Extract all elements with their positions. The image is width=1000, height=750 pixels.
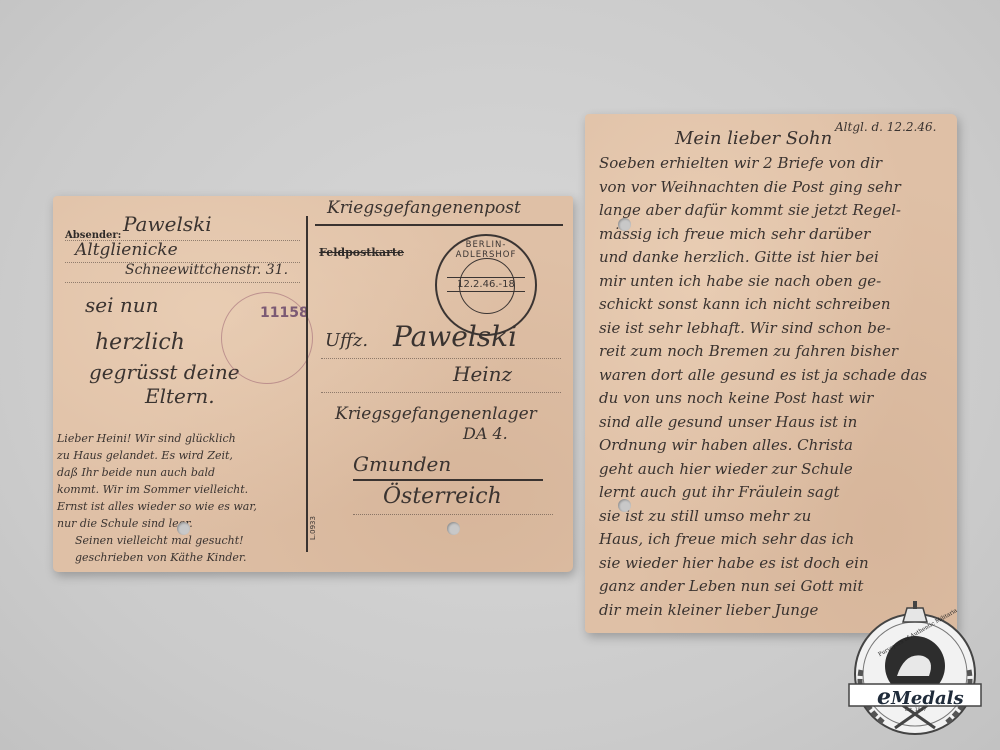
letter-line: mir unten ich habe sie nach oben ge-	[599, 272, 881, 290]
letter-line: sie ist zu still umso mehr zu	[599, 507, 811, 525]
postmark-date: 12.2.46.-18	[447, 277, 525, 292]
recipient-rank: Uffz.	[325, 330, 368, 351]
letter-line: du von uns noch keine Post hast wir	[599, 389, 873, 407]
greeting-line-2: herzlich	[95, 330, 185, 355]
sender-address-line-2: Schneewittchenstr. 31.	[125, 262, 288, 278]
letter-line: reit zum noch Bremen zu fahren bisher	[599, 342, 898, 360]
front-message-line: Seinen vielleicht mal gesucht!	[75, 534, 244, 547]
front-message-line: geschrieben von Käthe Kinder.	[75, 551, 246, 564]
letter-line: mässig ich freue mich sehr darüber	[599, 225, 870, 243]
letter-dateline: Altgl. d. 12.2.46.	[835, 120, 936, 134]
punch-hole	[618, 218, 631, 231]
letter-line: sie ist sehr lebhaft. Wir sind schon be-	[599, 319, 891, 337]
front-message-line: nur die Schule sind leer.	[57, 517, 193, 530]
greeting-line-1: sei nun	[85, 293, 159, 317]
print-code: L.0933	[309, 516, 317, 540]
recipient-town: Gmunden	[353, 452, 451, 476]
letter-line: schickt sonst kann ich nicht schreiben	[599, 295, 891, 313]
greeting-line-4: Eltern.	[145, 384, 215, 408]
recipient-line	[353, 514, 553, 515]
kriegsgefangenenpost-heading: Kriegsgefangenenpost	[327, 198, 521, 218]
emedals-established: Est. 1997	[905, 708, 926, 713]
recipient-name: Pawelski	[393, 320, 517, 353]
sender-name: Pawelski	[123, 212, 212, 236]
address-line	[65, 282, 300, 283]
letter-line: lange aber dafür kommt sie jetzt Regel-	[599, 201, 901, 219]
postcard-back: Altgl. d. 12.2.46. Mein lieber Sohn Soeb…	[585, 114, 957, 633]
recipient-first-name: Heinz	[453, 362, 512, 386]
front-message-line: daß Ihr beide nun auch bald	[57, 466, 215, 479]
letter-line: von vor Weihnachten die Post ging sehr	[599, 178, 901, 196]
letter-line: waren dort alle gesund es ist ja schade …	[599, 366, 927, 384]
front-message-line: Ernst ist alles wieder so wie es war,	[57, 500, 257, 513]
greeting-line-3: gegrüsst deine	[89, 360, 240, 384]
letter-line: Haus, ich freue mich sehr das ich	[599, 530, 854, 548]
letter-line: geht auch hier wieder zur Schule	[599, 460, 853, 478]
brand-suffix: Medals	[891, 688, 964, 709]
recipient-line	[321, 358, 561, 359]
front-message-line: Lieber Heini! Wir sind glücklich	[57, 432, 236, 445]
postcard-front: Absender: Pawelski Altglienicke Schneewi…	[53, 196, 573, 572]
feldpostkarte-label: Feldpostkarte	[319, 246, 404, 259]
recipient-camp-code: DA 4.	[463, 424, 508, 443]
emedals-logo: eMedals Purveyors of Authentic Militaria…	[845, 600, 985, 740]
sender-address-line-1: Altglienicke	[75, 240, 178, 260]
letter-line: sie wieder hier habe es ist doch ein	[599, 554, 869, 572]
heading-underline	[315, 224, 563, 226]
brand-prefix: e	[877, 684, 891, 710]
punch-hole	[618, 499, 631, 512]
recipient-camp: Kriegsgefangenenlager	[335, 404, 537, 424]
letter-salutation: Mein lieber Sohn	[675, 128, 832, 149]
recipient-line	[321, 392, 561, 393]
letter-line: und danke herzlich. Gitte ist hier bei	[599, 248, 879, 266]
letter-line: sind alle gesund unser Haus ist in	[599, 413, 857, 431]
front-message-line: zu Haus gelandet. Es wird Zeit,	[57, 449, 233, 462]
punch-hole	[177, 522, 190, 535]
emedals-badge-icon	[845, 600, 985, 740]
punch-hole	[447, 522, 460, 535]
letter-line: lernt auch gut ihr Fräulein sagt	[599, 483, 840, 501]
censor-stamp-number: 11158	[260, 305, 309, 321]
card-divider	[306, 216, 308, 552]
letter-line: dir mein kleiner lieber Junge	[599, 601, 818, 619]
letter-line: ganz ander Leben nun sei Gott mit	[599, 577, 863, 595]
emedals-brand-text: eMedals	[877, 684, 964, 710]
letter-line: Ordnung wir haben alles. Christa	[599, 436, 853, 454]
recipient-country: Österreich	[383, 484, 502, 509]
front-message-line: kommt. Wir im Sommer vielleicht.	[57, 483, 248, 496]
town-underline	[353, 479, 543, 481]
postmark-city: BERLIN-ADLERSHOF	[437, 240, 535, 260]
letter-line: Soeben erhielten wir 2 Briefe von dir	[599, 154, 882, 172]
